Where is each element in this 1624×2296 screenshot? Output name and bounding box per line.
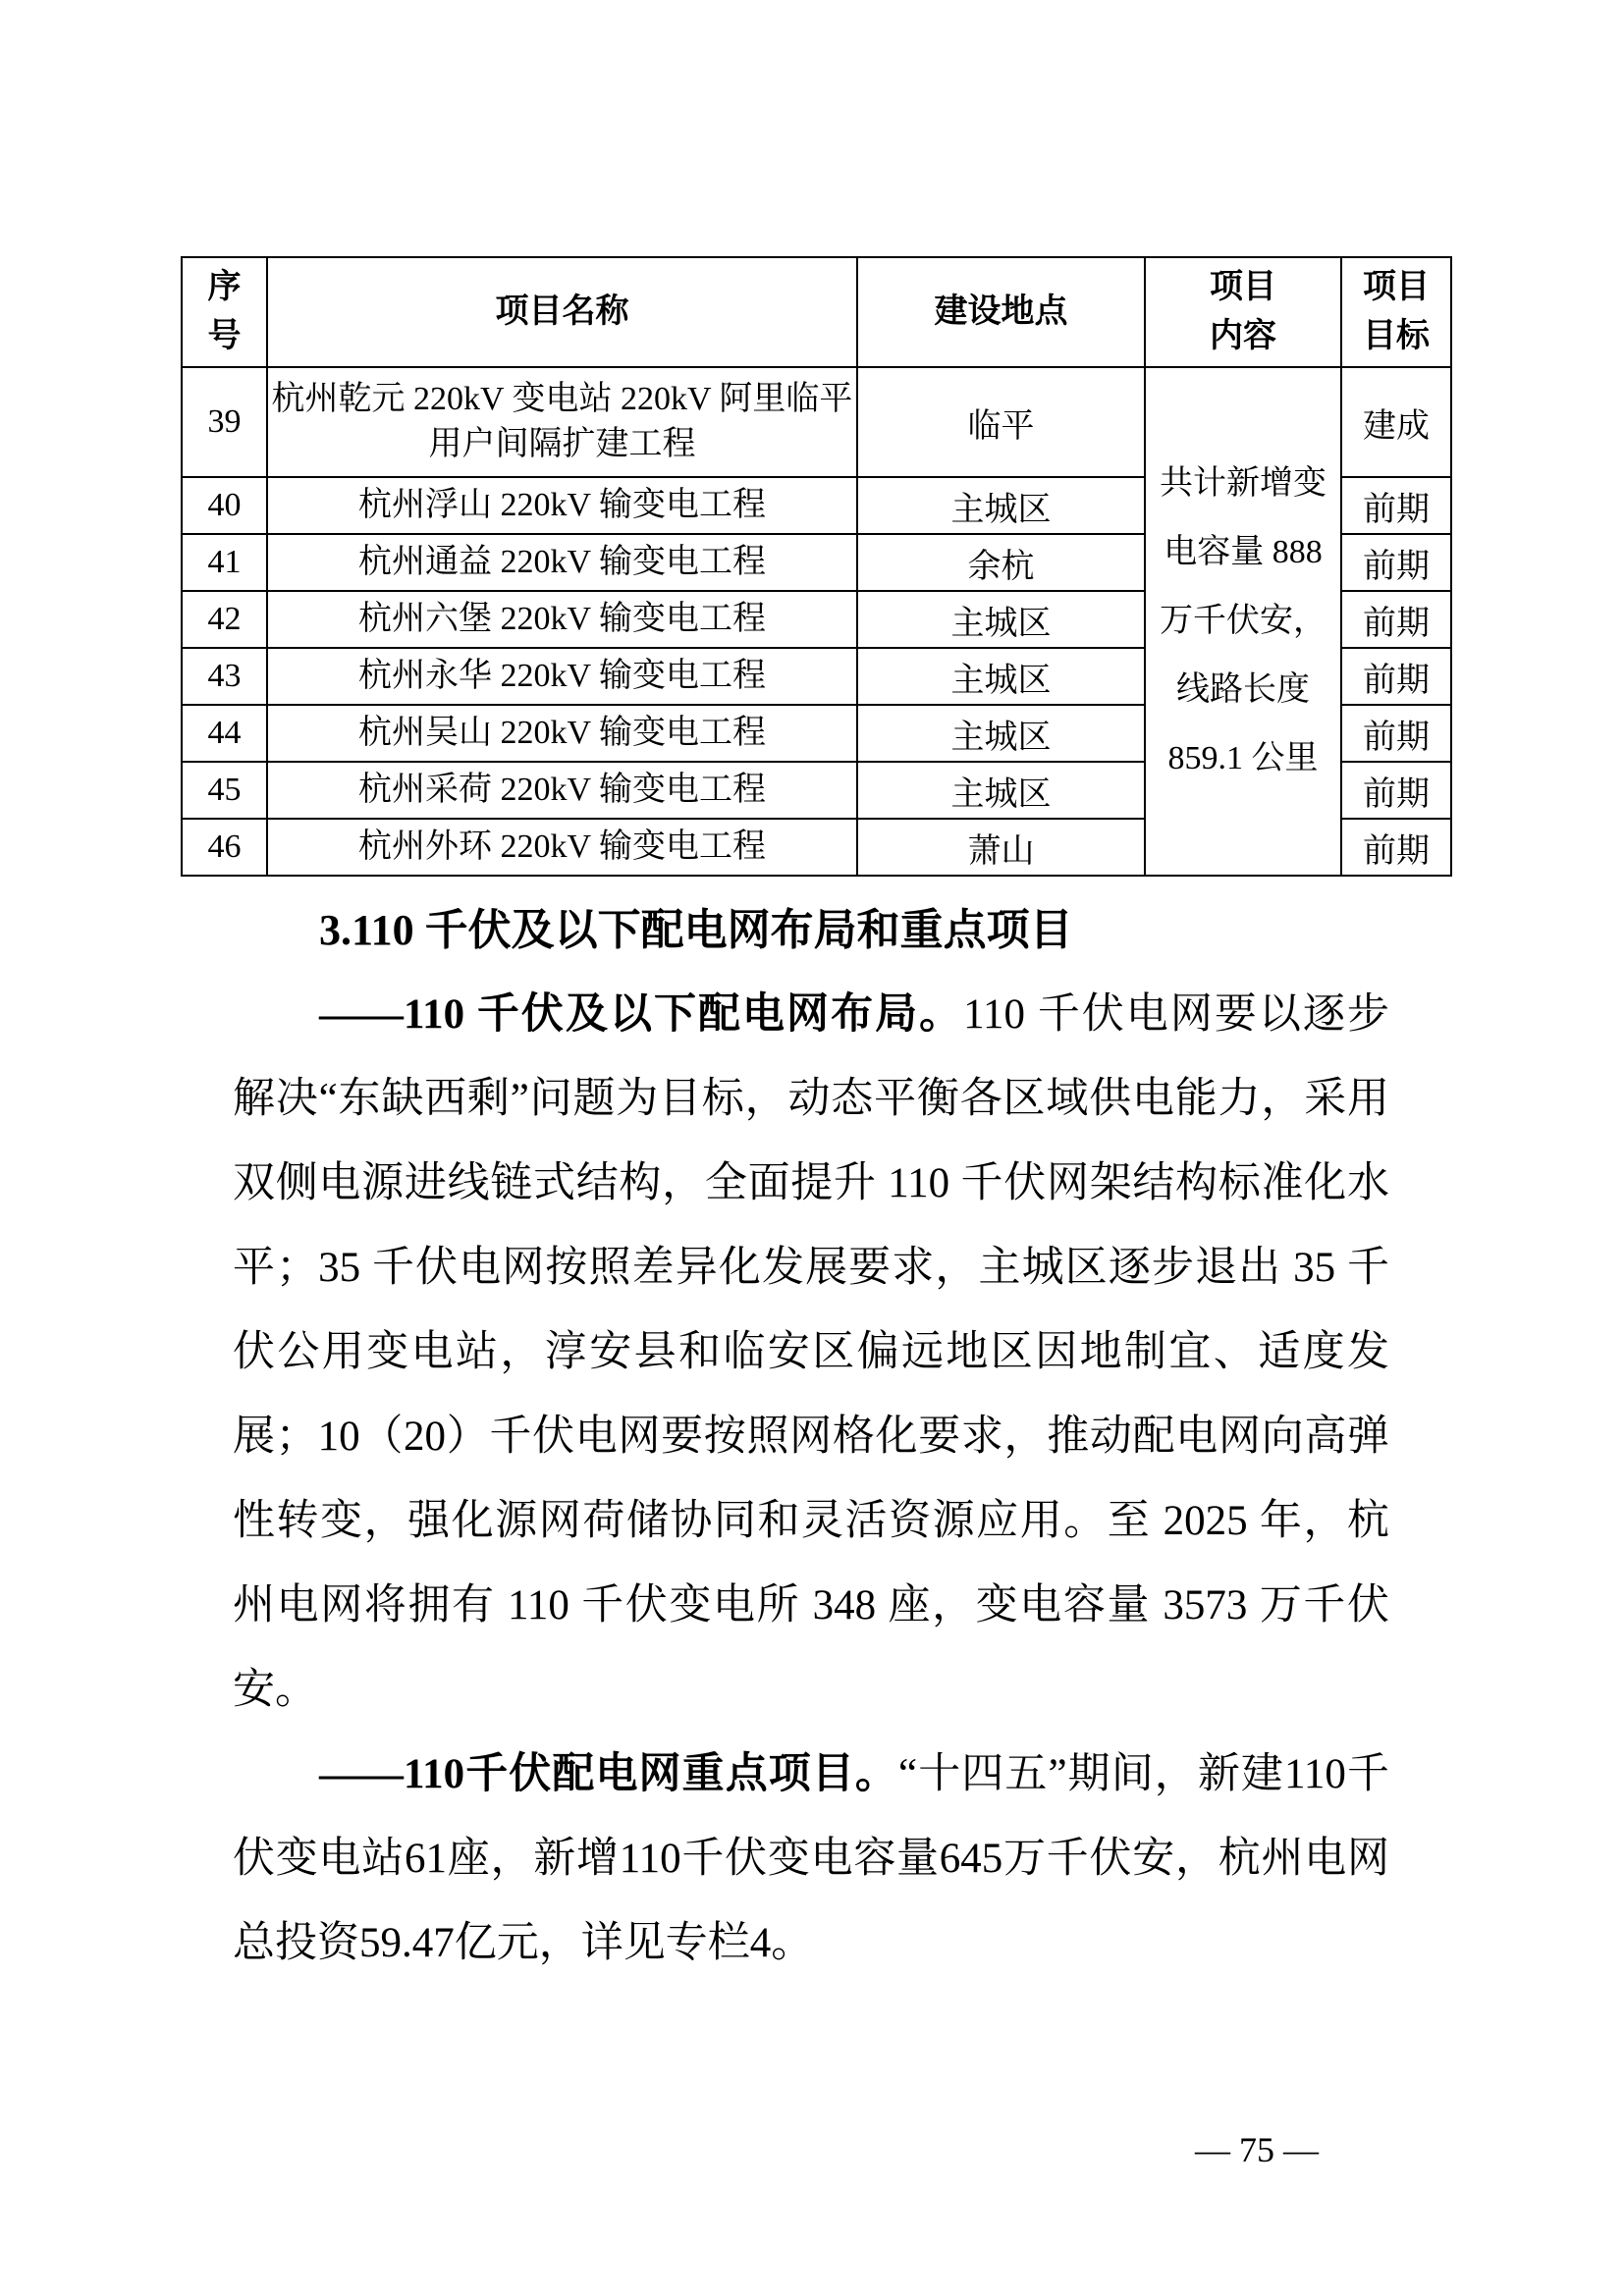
table-cell: 前期 <box>1341 648 1451 705</box>
table-row: 39杭州乾元 220kV 变电站 220kV 阿里临平用户间隔扩建工程临平共计新… <box>182 367 1451 477</box>
projects-table: 序 号项目名称建设地点项目 内容项目 目标 39杭州乾元 220kV 变电站 2… <box>181 256 1452 877</box>
table-cell: 杭州浮山 220kV 输变电工程 <box>267 477 857 534</box>
table-cell: 42 <box>182 591 267 648</box>
table-cell: 39 <box>182 367 267 477</box>
column-header: 建设地点 <box>857 257 1145 367</box>
table-cell: 杭州乾元 220kV 变电站 220kV 阿里临平用户间隔扩建工程 <box>267 367 857 477</box>
table-cell: 杭州永华 220kV 输变电工程 <box>267 648 857 705</box>
table-cell: 前期 <box>1341 534 1451 591</box>
table-cell: 杭州吴山 220kV 输变电工程 <box>267 705 857 762</box>
table-cell: 41 <box>182 534 267 591</box>
column-header: 项目 目标 <box>1341 257 1451 367</box>
table-cell: 建成 <box>1341 367 1451 477</box>
column-header: 项目名称 <box>267 257 857 367</box>
table-cell: 余杭 <box>857 534 1145 591</box>
table-cell: 前期 <box>1341 819 1451 876</box>
table-body: 39杭州乾元 220kV 变电站 220kV 阿里临平用户间隔扩建工程临平共计新… <box>182 367 1451 876</box>
table-cell: 主城区 <box>857 648 1145 705</box>
body-text: 3.110 千伏及以下配电网布局和重点项目 ——110 千伏及以下配电网布局。1… <box>233 888 1389 1986</box>
table-header: 序 号项目名称建设地点项目 内容项目 目标 <box>182 257 1451 367</box>
table-cell: 主城区 <box>857 705 1145 762</box>
paragraph-lead: ——110 千伏及以下配电网布局。 <box>319 991 963 1038</box>
table-cell: 杭州通益 220kV 输变电工程 <box>267 534 857 591</box>
paragraph-rest: 110 千伏电网要以逐步解决“东缺西剩”问题为目标，动态平衡各区域供电能力，采用… <box>233 991 1389 1713</box>
table-cell: 主城区 <box>857 591 1145 648</box>
table-cell: 主城区 <box>857 762 1145 819</box>
table-cell: 43 <box>182 648 267 705</box>
paragraph-grid-layout: ——110 千伏及以下配电网布局。110 千伏电网要以逐步解决“东缺西剩”问题为… <box>233 973 1389 1733</box>
table-cell: 前期 <box>1341 762 1451 819</box>
table-cell: 前期 <box>1341 705 1451 762</box>
column-header: 序 号 <box>182 257 267 367</box>
table-cell: 杭州采荷 220kV 输变电工程 <box>267 762 857 819</box>
table-cell: 45 <box>182 762 267 819</box>
table-cell: 杭州外环 220kV 输变电工程 <box>267 819 857 876</box>
table-header-row: 序 号项目名称建设地点项目 内容项目 目标 <box>182 257 1451 367</box>
merged-content-cell: 共计新增变电容量 888 万千伏安，线路长度 859.1 公里 <box>1145 367 1341 876</box>
table-cell: 杭州六堡 220kV 输变电工程 <box>267 591 857 648</box>
paragraph-key-projects: ——110千伏配电网重点项目。“十四五”期间，新建110千伏变电站61座，新增1… <box>233 1733 1389 1986</box>
table-cell: 萧山 <box>857 819 1145 876</box>
paragraph-lead: ——110千伏配电网重点项目。 <box>319 1751 898 1797</box>
page-number: — 75 — <box>1129 2128 1384 2171</box>
table-cell: 46 <box>182 819 267 876</box>
table-cell: 主城区 <box>857 477 1145 534</box>
section-heading: 3.110 千伏及以下配电网布局和重点项目 <box>233 888 1389 973</box>
table-cell: 前期 <box>1341 477 1451 534</box>
table-cell: 临平 <box>857 367 1145 477</box>
table-cell: 前期 <box>1341 591 1451 648</box>
document-page: 序 号项目名称建设地点项目 内容项目 目标 39杭州乾元 220kV 变电站 2… <box>0 0 1624 2296</box>
table-cell: 40 <box>182 477 267 534</box>
column-header: 项目 内容 <box>1145 257 1341 367</box>
table-cell: 44 <box>182 705 267 762</box>
